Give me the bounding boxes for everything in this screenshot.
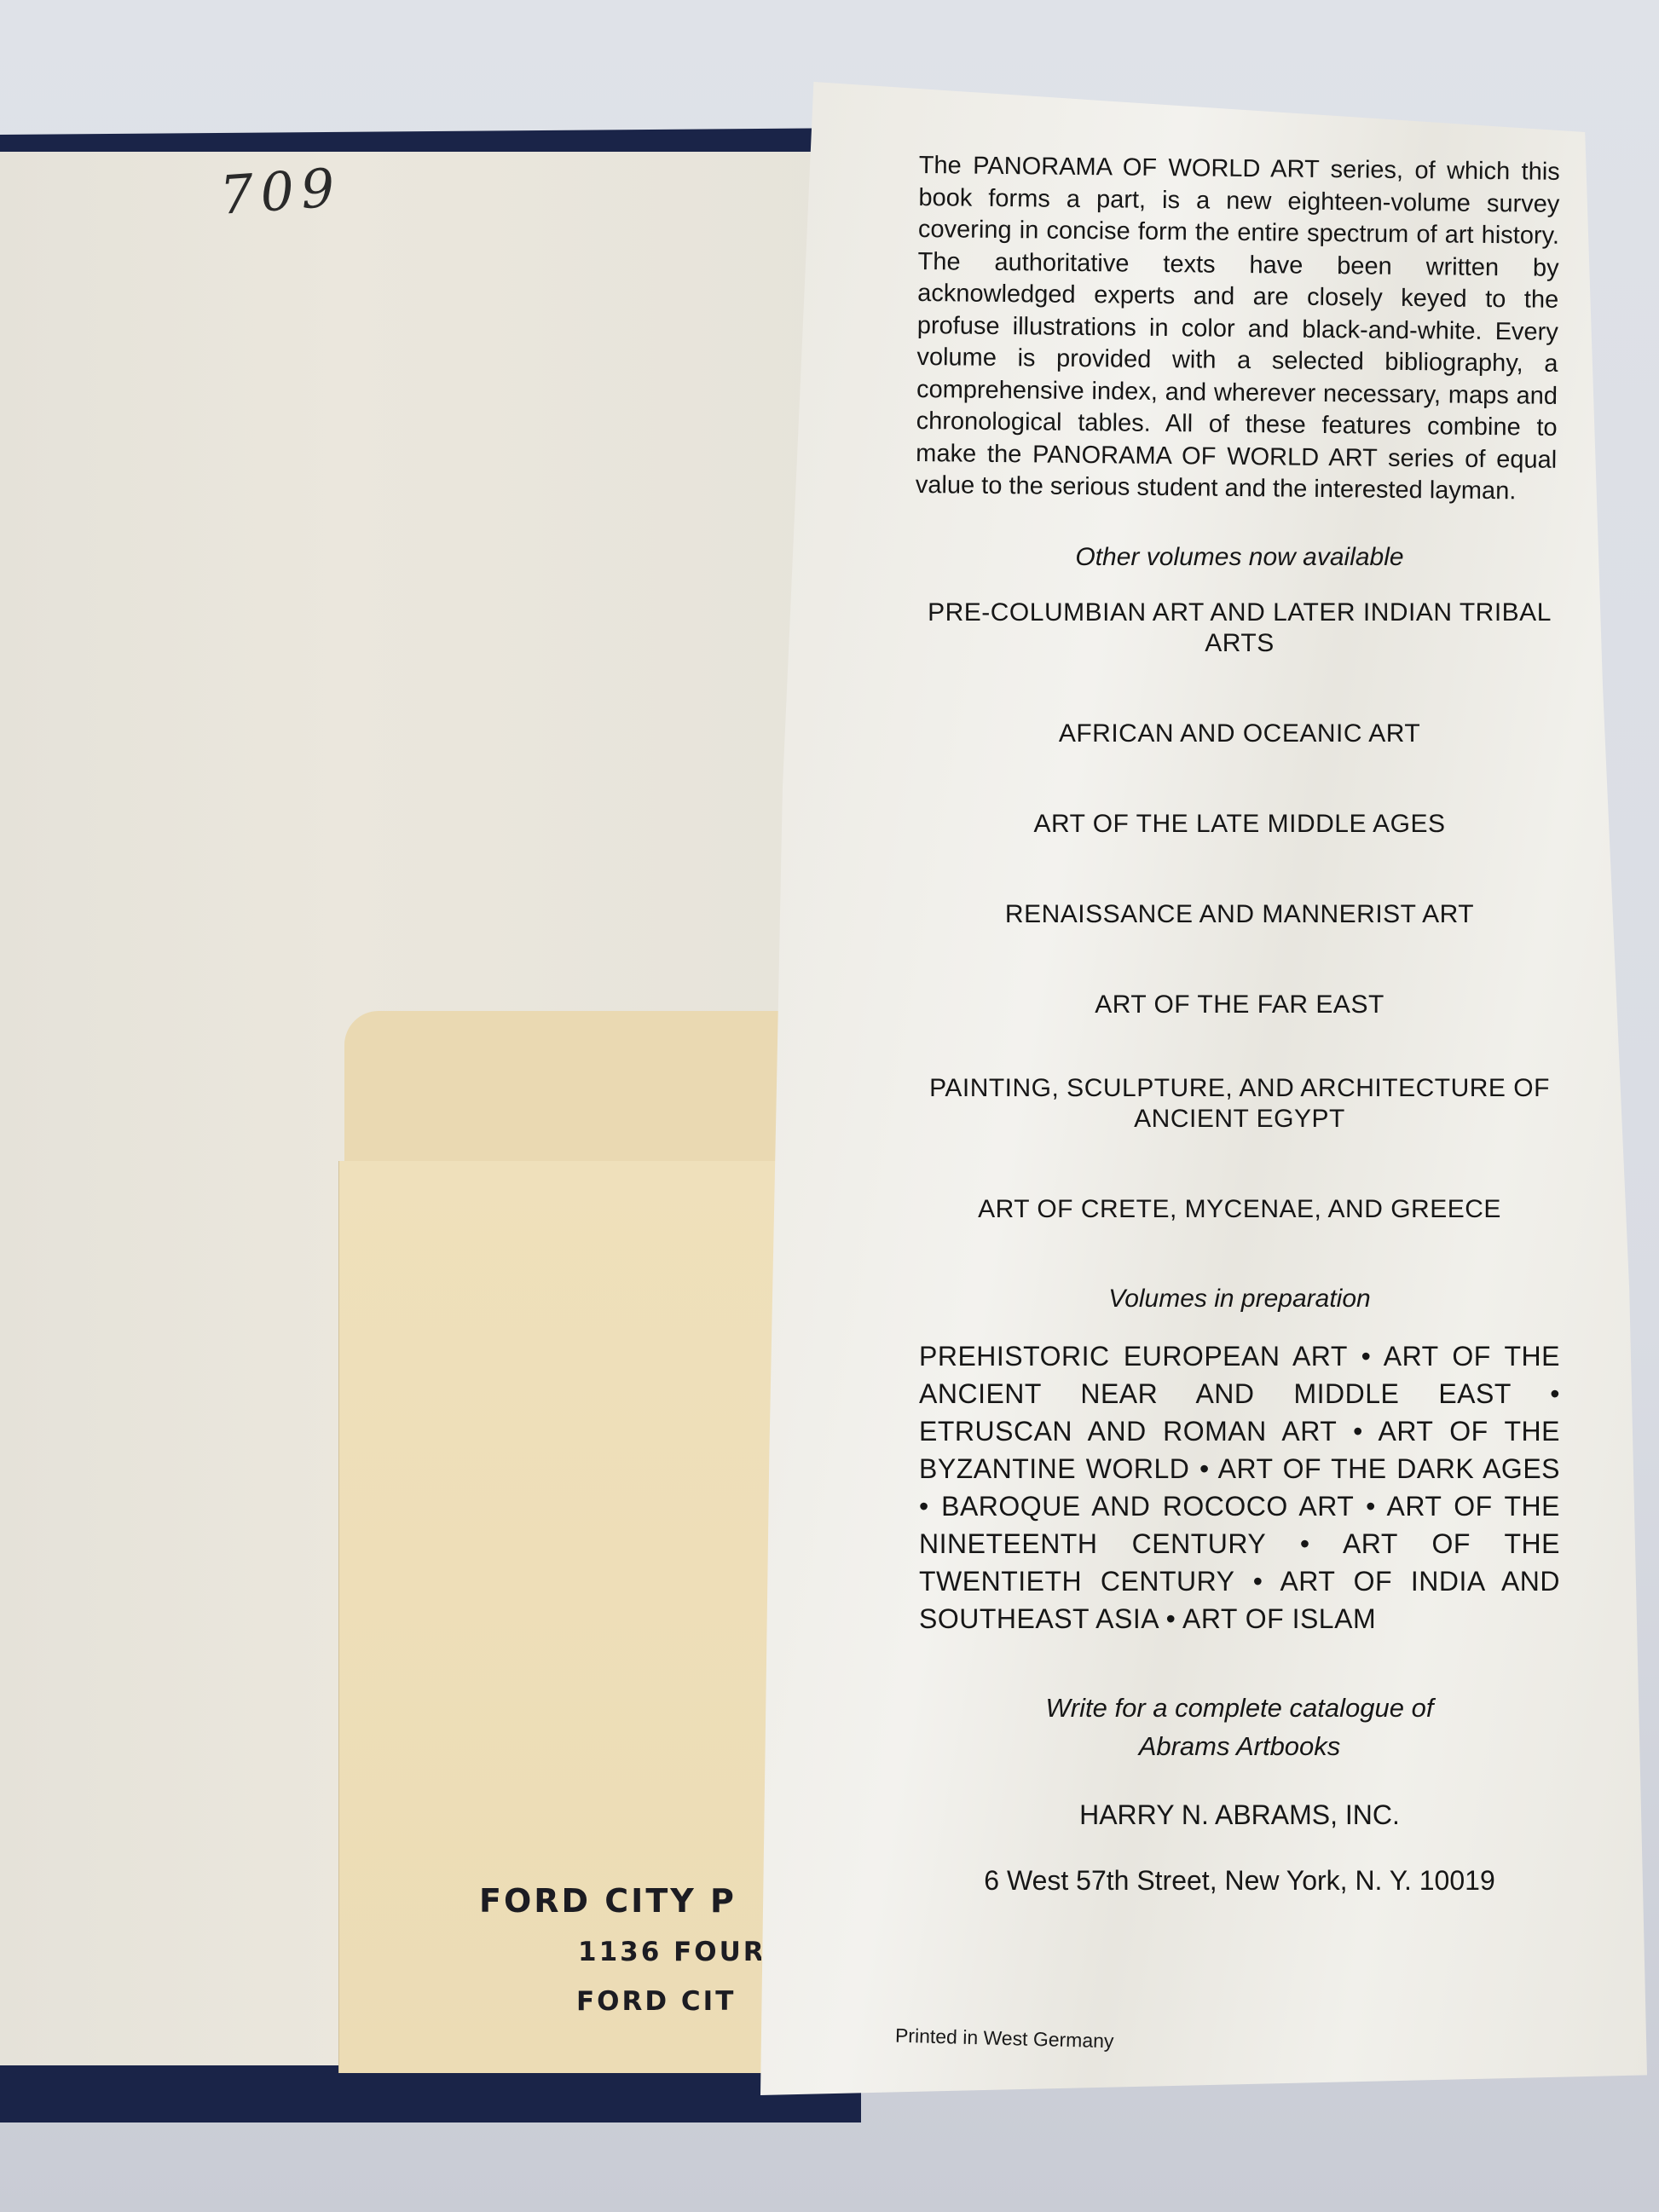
library-stamp-line: FORD CITY P [479, 1882, 760, 1920]
catalogue-note: Abrams Artbooks [919, 1727, 1560, 1765]
volume-title: ART OF CRETE, MYCENAE, AND GREECE [919, 1194, 1560, 1225]
jacket-flap-text: The PANORAMA OF WORLD ART series, of whi… [919, 150, 1560, 1897]
volume-title: ART OF THE FAR EAST [919, 990, 1560, 1020]
library-stamp-line: FORD CIT [576, 1986, 760, 2017]
volume-title: ART OF THE LATE MIDDLE AGES [919, 809, 1560, 840]
card-pocket-flap [344, 1011, 805, 1173]
series-description: The PANORAMA OF WORLD ART series, of whi… [916, 150, 1560, 508]
preparation-heading: Volumes in preparation [919, 1285, 1560, 1314]
library-stamp-line: 1136 FOUR [578, 1937, 761, 1967]
volume-title: PRE-COLUMBIAN ART AND LATER INDIAN TRIBA… [919, 598, 1560, 659]
handwritten-number: 709 [218, 156, 344, 227]
volume-title: PAINTING, SCULPTURE, AND ARCHITECTURE OF… [919, 1073, 1560, 1135]
preparation-volumes: PREHISTORIC EUROPEAN ART • ART OF THE AN… [919, 1337, 1560, 1637]
publisher-name: HARRY N. ABRAMS, INC. [919, 1799, 1560, 1831]
volume-title: AFRICAN AND OCEANIC ART [919, 719, 1560, 749]
catalogue-note: Write for a complete catalogue of [919, 1689, 1560, 1727]
publisher-address: 6 West 57th Street, New York, N. Y. 1001… [919, 1865, 1560, 1897]
photo-scene: 709 FORD CITY P 1136 FOUR FORD CIT The P… [0, 0, 1659, 2212]
volume-title: RENAISSANCE AND MANNERIST ART [919, 899, 1560, 930]
available-heading: Other volumes now available [919, 543, 1560, 572]
